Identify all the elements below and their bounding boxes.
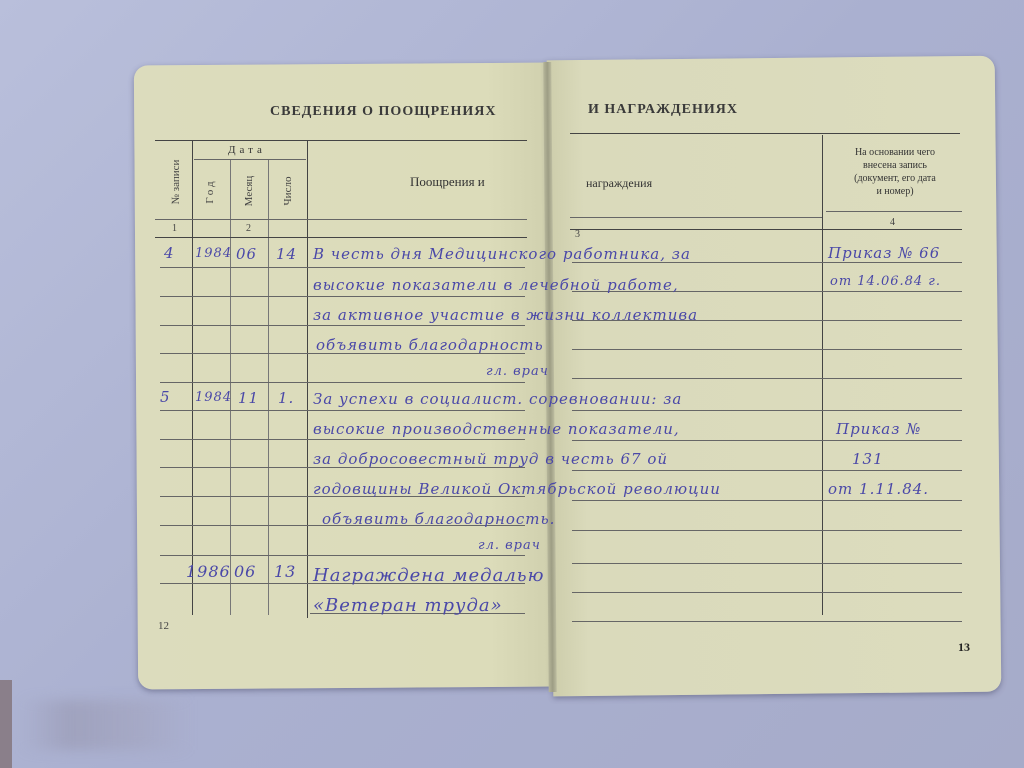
- entry-text-line: за добросовестный труд в честь 67 ой: [313, 450, 668, 468]
- entry-basis-line: Приказ № 66: [828, 244, 940, 262]
- entry-number: 5: [160, 388, 171, 406]
- ruled-line: [572, 621, 962, 622]
- header-month: Месяц: [243, 168, 255, 214]
- col-num-1: 1: [172, 223, 177, 234]
- entry-basis-line: 131: [852, 450, 884, 468]
- ruled-line: [572, 410, 962, 411]
- entry-month: 06: [236, 245, 257, 263]
- header-awards-right: награждения: [586, 176, 652, 191]
- entry-text-line: «Ветеран труда»: [313, 595, 503, 616]
- col-num-4: 4: [890, 217, 895, 228]
- entry-text-line: В честь дня Медицинского работника, за: [313, 245, 691, 263]
- ruled-line: [572, 563, 962, 564]
- ruled-line: [572, 349, 962, 350]
- date-subheader-line: [194, 159, 306, 160]
- entry-text-line: объявить благодарность: [316, 336, 544, 354]
- header-record-no: № записи: [170, 152, 182, 212]
- entry-basis-line: Приказ №: [836, 420, 921, 438]
- entry-day: 1.: [278, 389, 294, 407]
- entry-day: 13: [274, 562, 296, 581]
- header-basis-line1: На основании чего: [826, 146, 964, 159]
- col-divider-basis: [822, 135, 823, 615]
- header-basis-line2: внесена запись: [826, 159, 964, 172]
- entry-text-line: за активное участие в жизни коллектива: [313, 306, 698, 324]
- entry-text-line: объявить благодарность.: [322, 510, 555, 528]
- col-num-3: 3: [575, 229, 580, 240]
- header-bottom-right: [570, 229, 962, 230]
- header-bottom-left: [155, 237, 527, 238]
- header-basis-line4: и номер): [826, 185, 964, 198]
- entry-month: 11: [238, 389, 259, 407]
- entry-year: 1984: [195, 390, 232, 405]
- page-number-right: 13: [958, 640, 970, 655]
- header-separator-left: [155, 219, 527, 220]
- header-awards-left: Поощрения и: [410, 174, 485, 190]
- header-date: Дата: [228, 144, 266, 156]
- ruled-line: [572, 530, 962, 531]
- header-basis-line3: (документ, его дата: [826, 172, 964, 185]
- ruled-line: [160, 267, 525, 268]
- entry-signature: гл. врач: [478, 538, 541, 553]
- col-divider-1: [192, 140, 193, 615]
- page-number-left: 12: [158, 620, 169, 632]
- ruled-line: [572, 440, 962, 441]
- page-title-left: СВЕДЕНИЯ О ПООЩРЕНИЯХ: [270, 104, 496, 120]
- blurred-watermark: [20, 700, 190, 750]
- table-top-border-right: [570, 133, 960, 134]
- entry-text-line: За успехи в социалист. соревновании: за: [313, 390, 682, 408]
- entry-year: 1984: [195, 246, 232, 261]
- header-separator-basis: [826, 211, 962, 212]
- table-top-border-left: [155, 140, 527, 141]
- entry-basis-line: от 14.06.84 г.: [830, 274, 941, 289]
- page-title-right: И НАГРАЖДЕНИЯХ: [588, 102, 738, 118]
- header-basis: На основании чего внесена запись (докуме…: [826, 146, 964, 198]
- ruled-line: [160, 439, 525, 440]
- entry-day: 14: [276, 245, 297, 263]
- ruled-line: [160, 555, 525, 556]
- ruled-line: [572, 470, 962, 471]
- ruled-line: [160, 382, 525, 383]
- ruled-line: [160, 296, 525, 297]
- entry-month: 06: [234, 562, 256, 581]
- ruled-line: [572, 500, 962, 501]
- entry-text-line: Награждена медалью: [313, 565, 544, 586]
- col-divider-year: [230, 160, 231, 615]
- entry-text-line: годовщины Великой Октябрьской революции: [313, 480, 721, 498]
- col-divider-2: [307, 140, 308, 618]
- entry-text-line: высокие показатели в лечебной работе,: [313, 276, 679, 294]
- col-divider-month: [268, 160, 269, 615]
- ruled-line: [572, 378, 962, 379]
- ruled-line: [160, 325, 525, 326]
- entry-year: 1986: [186, 562, 231, 581]
- header-separator-right: [570, 217, 822, 218]
- header-year: Год: [204, 171, 216, 211]
- ruled-line: [160, 410, 525, 411]
- labor-book-spread: СВЕДЕНИЯ О ПООЩРЕНИЯХ И НАГРАЖДЕНИЯХ № з…: [0, 0, 1024, 768]
- entry-text-line: высокие производственные показатели,: [313, 420, 680, 438]
- ruled-line: [572, 592, 962, 593]
- entry-number: 4: [164, 244, 175, 262]
- col-num-2: 2: [246, 223, 251, 234]
- entry-basis-line: от 1.11.84.: [828, 480, 929, 498]
- entry-signature: гл. врач: [486, 364, 549, 379]
- edge-shadow: [0, 680, 12, 768]
- header-day: Число: [282, 169, 294, 213]
